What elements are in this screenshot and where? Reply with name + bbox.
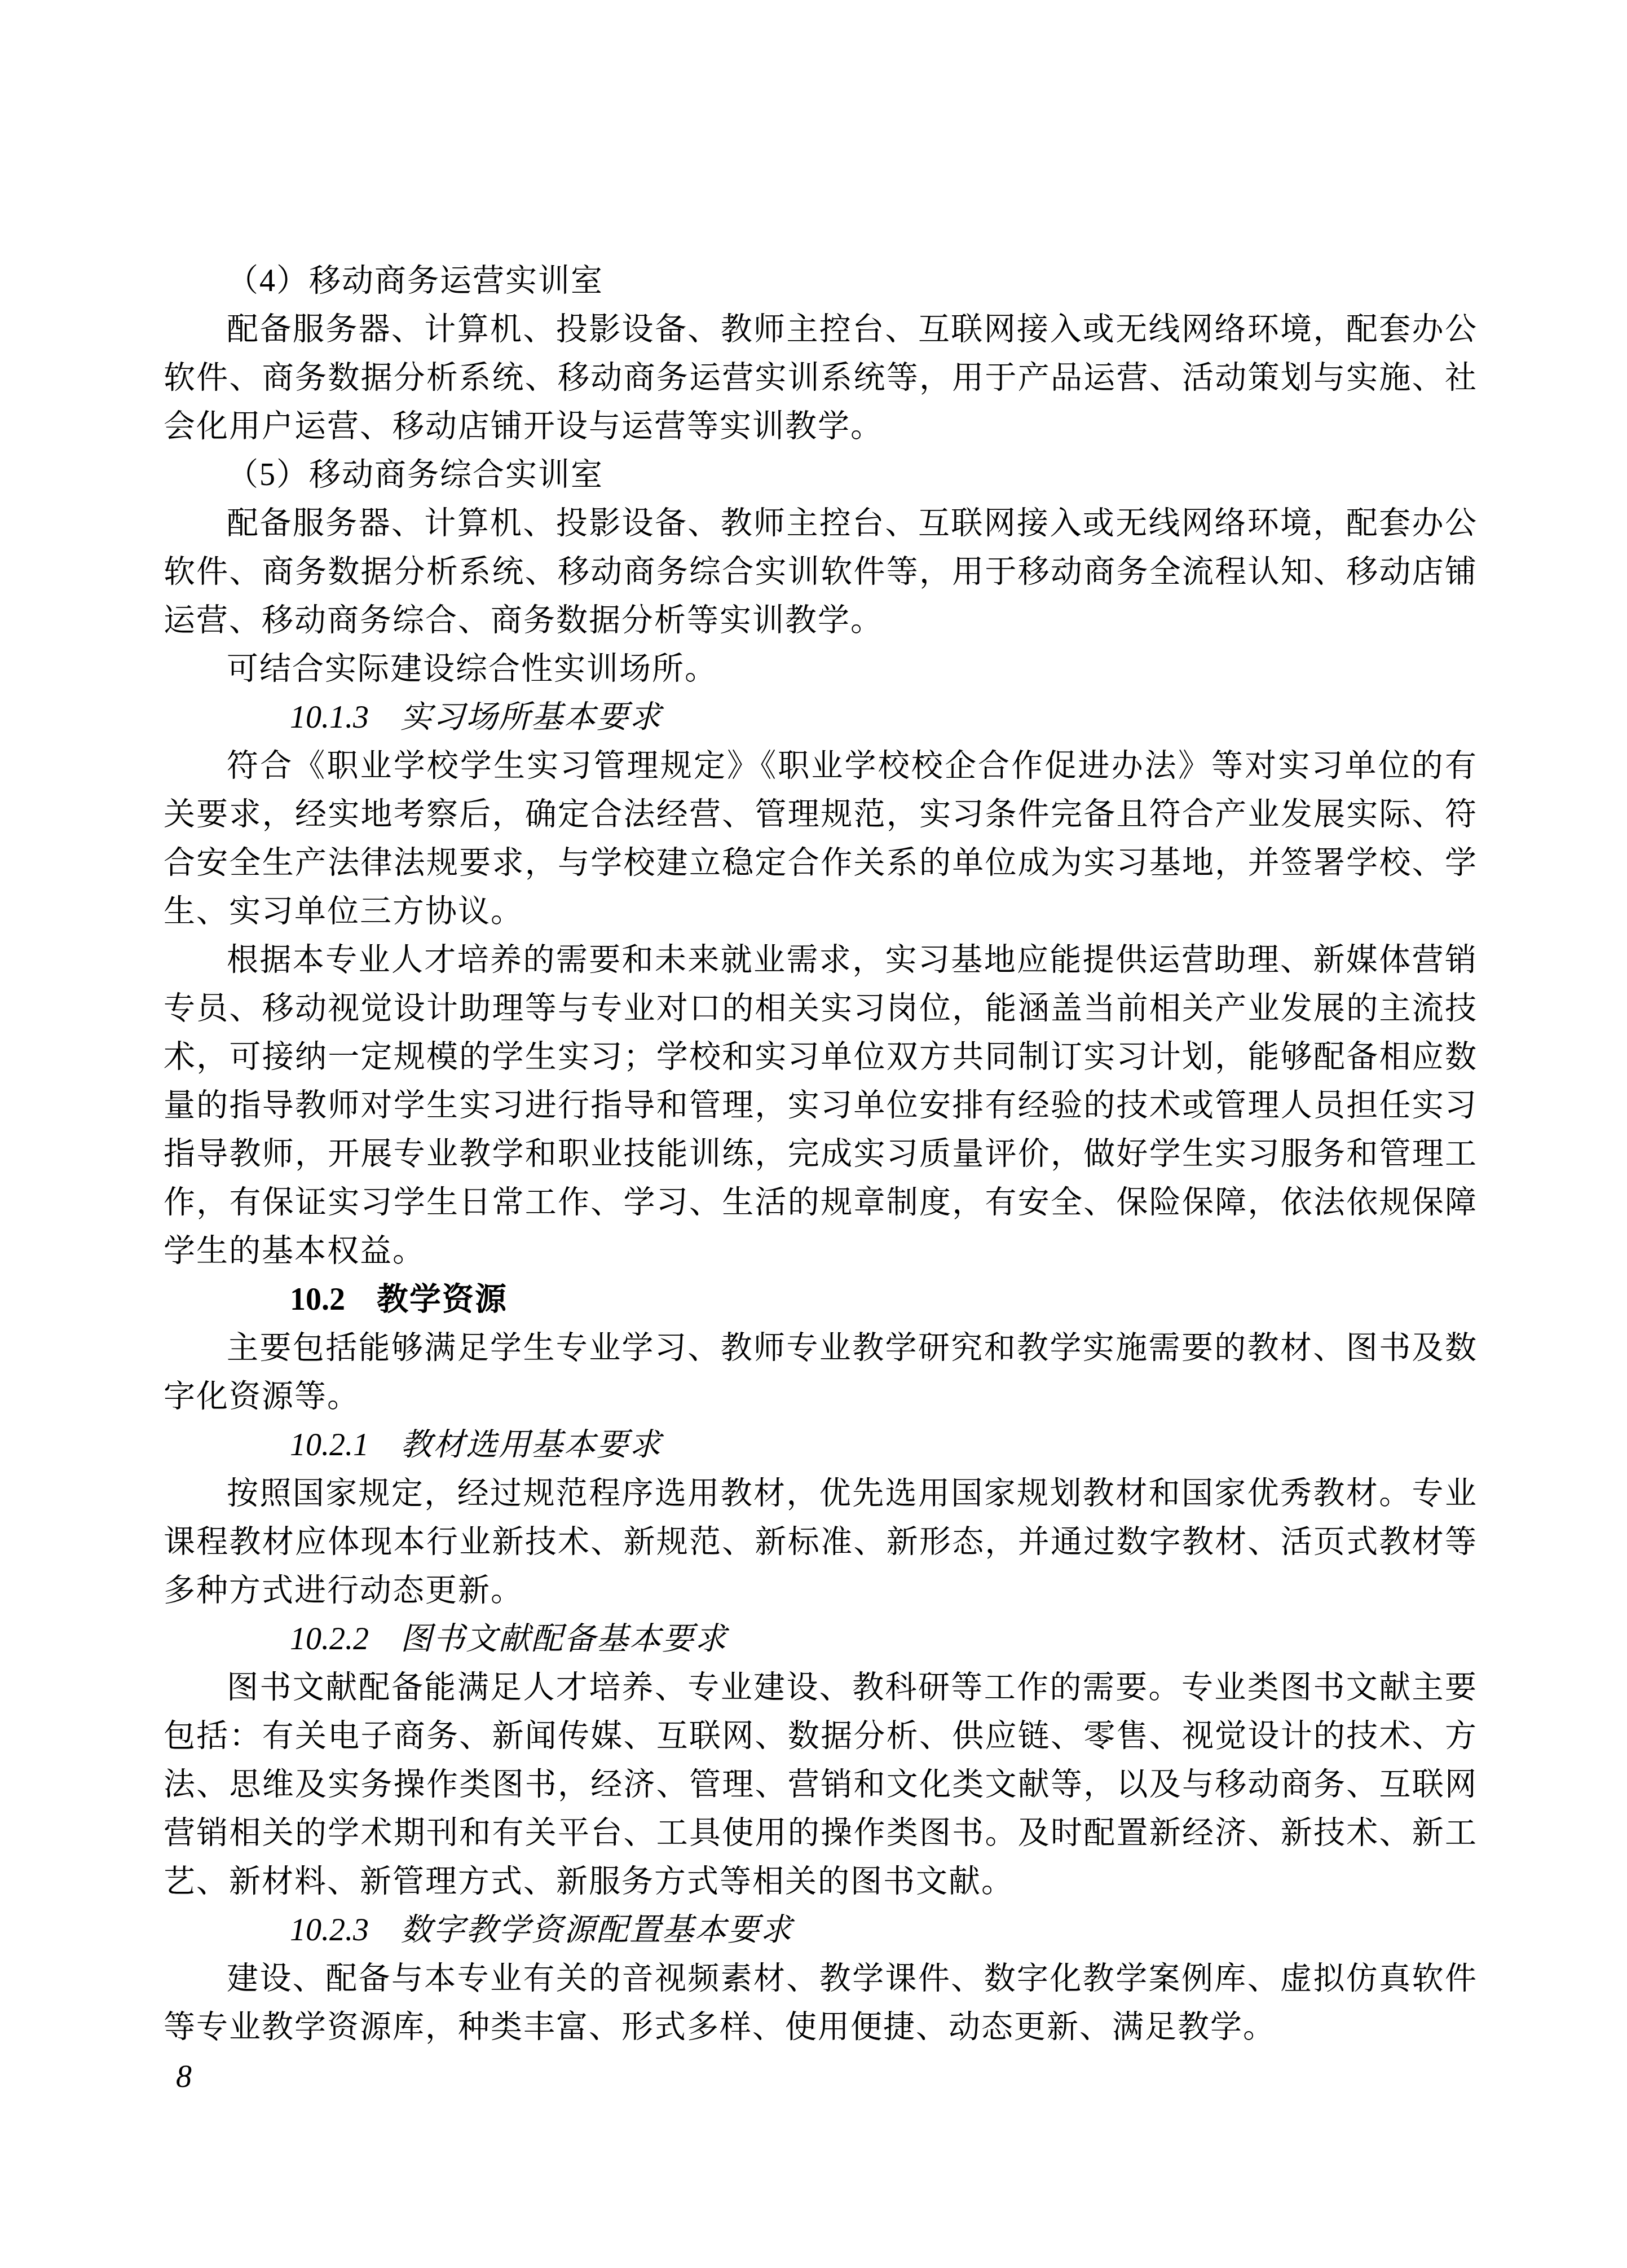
heading-title: 教材选用基本要求	[400, 1428, 662, 1463]
subsection-heading: 10.2.3数字教学资源配置基本要求	[164, 1906, 1478, 1954]
heading-title: 图书文献配备基本要求	[400, 1622, 727, 1657]
body-paragraph: 配备服务器、计算机、投影设备、教师主控台、互联网接入或无线网络环境，配套办公软件…	[164, 499, 1478, 645]
body-paragraph: 配备服务器、计算机、投影设备、教师主控台、互联网接入或无线网络环境，配套办公软件…	[164, 305, 1478, 451]
heading-number: 10.2	[227, 1275, 345, 1324]
body-paragraph: 可结合实际建设综合性实训场所。	[164, 645, 1478, 693]
subsection-heading: 10.2.2图书文献配备基本要求	[164, 1615, 1478, 1663]
heading-title: 数字教学资源配置基本要求	[400, 1913, 793, 1948]
heading-title: 实习场所基本要求	[400, 700, 662, 735]
document-body: （4）移动商务运营实训室配备服务器、计算机、投影设备、教师主控台、互联网接入或无…	[164, 257, 1478, 2051]
heading-number: 10.1.3	[227, 693, 369, 742]
body-paragraph: 图书文献配备能满足人才培养、专业建设、教科研等工作的需要。专业类图书文献主要包括…	[164, 1663, 1478, 1906]
heading-number: 10.2.1	[227, 1421, 369, 1469]
body-paragraph: 按照国家规定，经过规范程序选用教材，优先选用国家规划教材和国家优秀教材。专业课程…	[164, 1469, 1478, 1615]
heading-number: 10.2.3	[227, 1906, 369, 1954]
subsection-heading: 10.2.1教材选用基本要求	[164, 1421, 1478, 1469]
page-number: 8	[176, 2054, 192, 2099]
body-paragraph: （4）移动商务运营实训室	[164, 257, 1478, 305]
subsection-heading: 10.1.3实习场所基本要求	[164, 693, 1478, 742]
body-paragraph: 符合《职业学校学生实习管理规定》《职业学校校企合作促进办法》等对实习单位的有关要…	[164, 742, 1478, 936]
body-paragraph: （5）移动商务综合实训室	[164, 451, 1478, 499]
document-page: （4）移动商务运营实训室配备服务器、计算机、投影设备、教师主控台、互联网接入或无…	[0, 0, 1627, 2268]
body-paragraph: 根据本专业人才培养的需要和未来就业需求，实习基地应能提供运营助理、新媒体营销专员…	[164, 936, 1478, 1275]
body-paragraph: 建设、配备与本专业有关的音视频素材、教学课件、数字化教学案例库、虚拟仿真软件等专…	[164, 1954, 1478, 2051]
body-paragraph: 主要包括能够满足学生专业学习、教师专业教学研究和教学实施需要的教材、图书及数字化…	[164, 1324, 1478, 1421]
heading-number: 10.2.2	[227, 1615, 369, 1663]
heading-title: 教学资源	[377, 1282, 508, 1317]
section-heading: 10.2教学资源	[164, 1275, 1478, 1324]
